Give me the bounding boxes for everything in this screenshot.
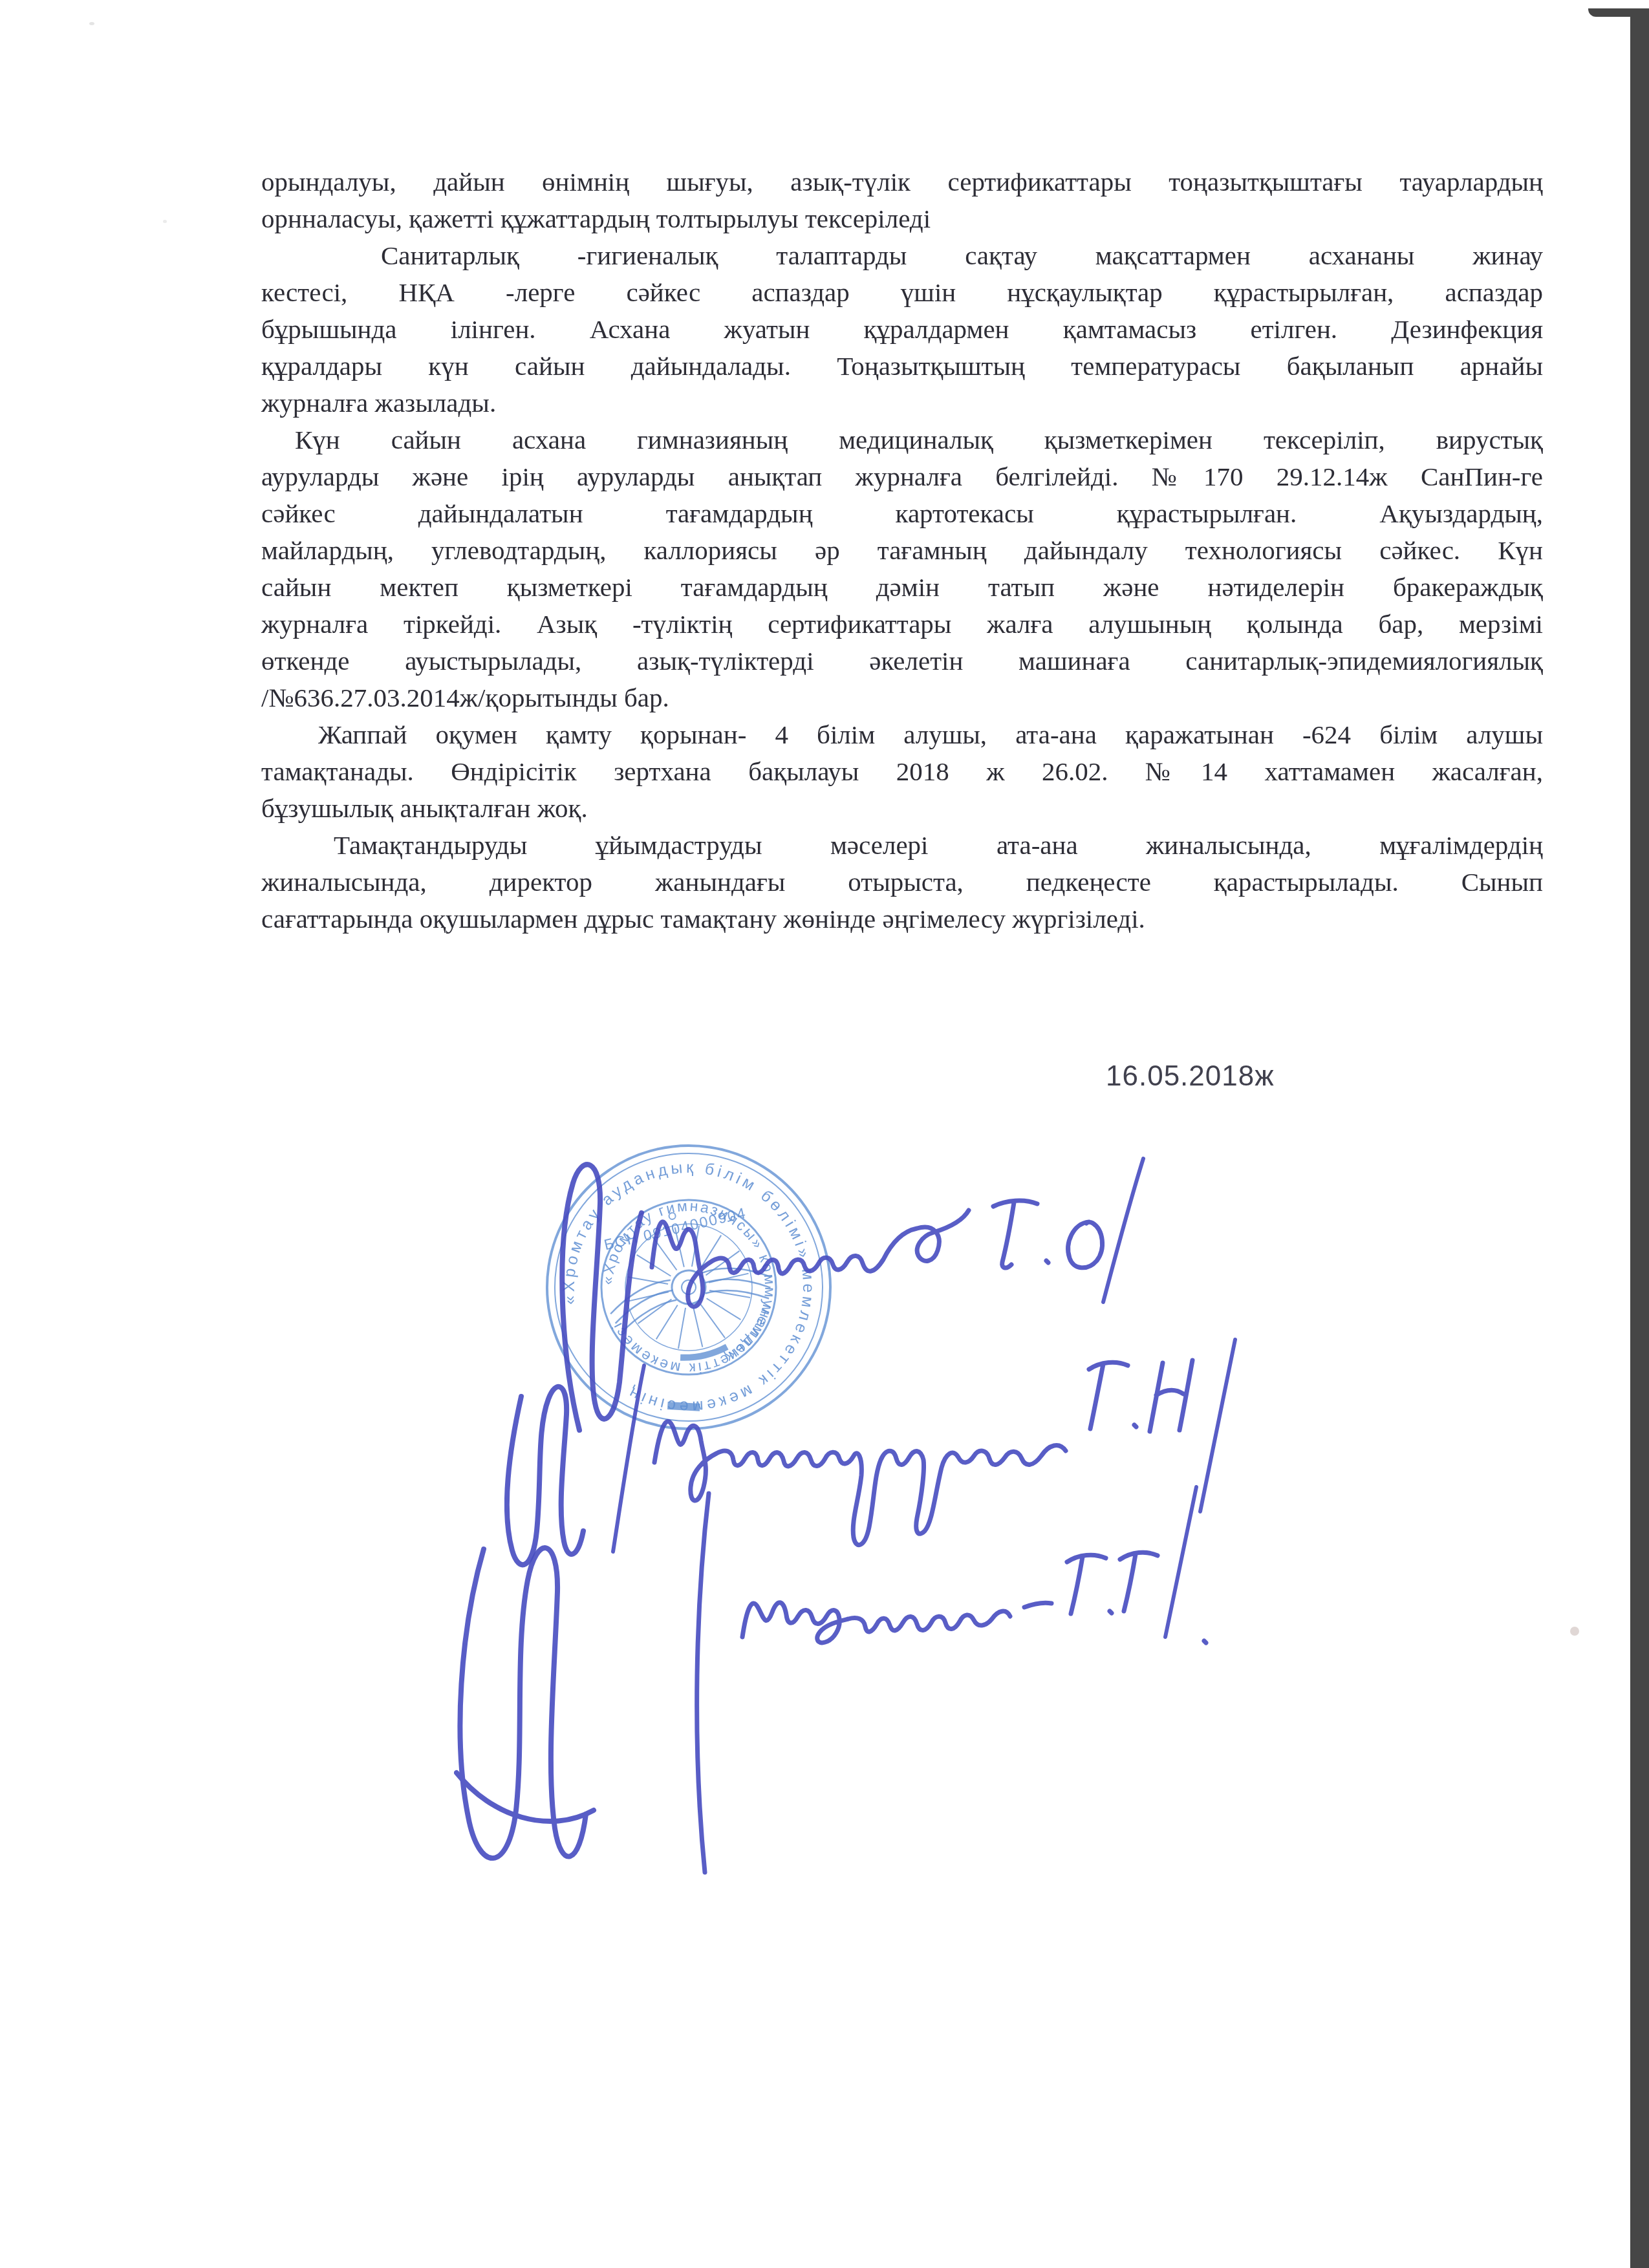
text-line: тамақтанады. Өндірісітік зертхана бақыла… [261,753,1543,790]
stamp-inner-text-bottom: мемлекеттік мекемесі [607,1285,788,1395]
text-line: өткенде ауыстырылады, азық-түліктерді әк… [261,643,1543,679]
stamp-bsn-number: БСН 09104000904 [602,1204,748,1253]
scanned-document-page: { "doc": { "lines": [ "орындалуы, дайын … [0,0,1649,2268]
text-line: /№636.27.03.2014ж/қорытынды бар. [261,679,1543,716]
body-text: орындалуы, дайын өнімнің шығуы, азық-түл… [261,164,1543,937]
text-line: Санитарлық -гигиеналық талаптарды сақтау… [261,237,1543,274]
text-line: сайын мектеп қызметкері тағамдардың дәмі… [261,569,1543,606]
scan-speck [163,220,167,223]
stamp-outer-text: «Хромтау аудандық білім бөлімі» мемлекет… [535,1133,843,1442]
text-line: сағаттарында оқушылармен дұрыс тамақтану… [261,901,1543,937]
stamp-emblem [592,1194,796,1422]
text-line: бұрышында ілінген. Асхана жуатын құралда… [261,311,1543,348]
scan-edge-corner [1588,8,1649,17]
signature-2 [507,1340,1235,1565]
text-line: Жаппай оқумен қамту қорынан- 4 білім алу… [261,716,1543,753]
text-line: жиналысында, директор жанындағы отырыста… [261,864,1543,901]
text-line: Тамақтандыруды ұйымдаструды мәселері ата… [261,827,1543,864]
text-line: майлардың, углеводтардың, каллориясы әр … [261,532,1543,569]
text-line: құралдары күн сайын дайындалады. Тоңазыт… [261,348,1543,385]
text-line: сәйкес дайындалатын тағамдардың картотек… [261,495,1543,532]
text-line: ауруларды және ірің ауруларды анықтап жу… [261,458,1543,495]
text-line: кестесі, НҚА -лерге сәйкес аспаздар үшін… [261,274,1543,311]
text-line: орындалуы, дайын өнімнің шығуы, азық-түл… [261,164,1543,200]
scan-speck [89,22,94,25]
signature-3 [457,1487,1206,1872]
svg-text:«Хромтау гимназиясы» коммуналд: «Хромтау гимназиясы» коммуналдық [584,1179,796,1391]
scan-speck [1570,1627,1579,1636]
stamp-inner-text-top: «Хромтау гимназиясы» коммуналдық [584,1179,796,1391]
svg-text:мемлекеттік мекемесі: мемлекеттік мекемесі [607,1285,788,1395]
text-line: журналға тіркейді. Азық -түліктің сертиф… [261,606,1543,643]
signature-1 [562,1159,1143,1430]
svg-text:«Хромтау аудандық білім бөлімі: «Хромтау аудандық білім бөлімі» мемлекет… [535,1133,843,1442]
official-stamp: «Хромтау аудандық білім бөлімі» мемлекет… [519,1117,858,1457]
document-date: 16.05.2018ж [1106,1060,1275,1093]
text-line: бұзушылық анықталған жоқ. [261,790,1543,827]
text-line: орнналасуы, қажетті құжаттардың толтырыл… [261,200,1543,237]
text-line: Күн сайын асхана гимназияның медициналық… [261,422,1543,458]
scan-edge-shadow [1630,9,1649,2268]
text-line: журналға жазылады. [261,385,1543,422]
